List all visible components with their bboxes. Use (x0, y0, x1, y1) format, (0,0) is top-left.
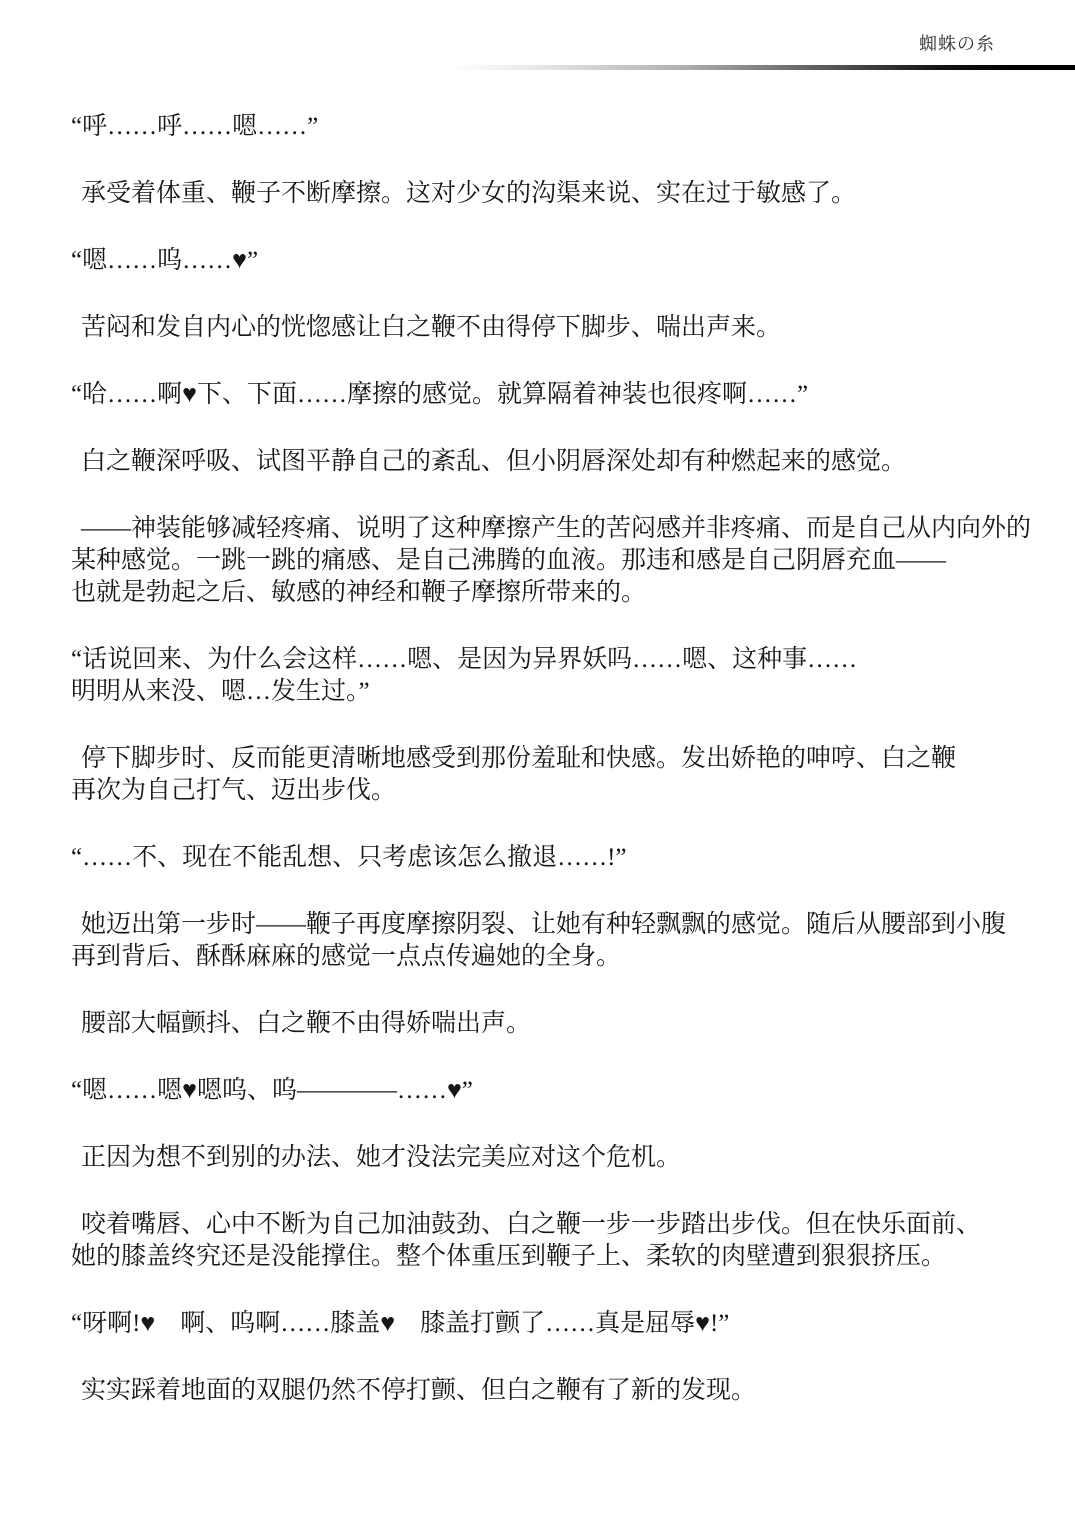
paragraph-narration: 正因为想不到别的办法、她才没法完美应对这个危机。 (71, 1142, 1071, 1174)
paragraph-dialogue: “哈……啊♥下、下面……摩擦的感觉。就算隔着神装也很疼啊……” (71, 379, 1071, 411)
novel-page: 蜘蛛の糸 “呼……呼……嗯……”承受着体重、鞭子不断摩擦。这对少女的沟渠来说、实… (0, 0, 1075, 1518)
paragraph-dialogue: “话说回来、为什么会这样……嗯、是因为异界妖吗……嗯、这种事…… 明明从来没、嗯… (71, 644, 1071, 708)
paragraph-narration: 腰部大幅颤抖、白之鞭不由得娇喘出声。 (71, 1008, 1071, 1040)
paragraph-narration: ——神装能够减轻疼痛、说明了这种摩擦产生的苦闷感并非疼痛、而是自己从内向外的 某… (71, 513, 1071, 609)
paragraph-narration: 咬着嘴唇、心中不断为自己加油鼓劲、白之鞭一步一步踏出步伐。但在快乐面前、 她的膝… (71, 1209, 1071, 1273)
text-content: “呼……呼……嗯……”承受着体重、鞭子不断摩擦。这对少女的沟渠来说、实在过于敏感… (71, 111, 1071, 1442)
paragraph-dialogue: “呼……呼……嗯……” (71, 111, 1071, 143)
header-divider-rule (450, 65, 1075, 70)
paragraph-narration: 承受着体重、鞭子不断摩擦。这对少女的沟渠来说、实在过于敏感了。 (71, 178, 1071, 210)
paragraph-dialogue: “嗯……呜……♥” (71, 245, 1071, 277)
paragraph-dialogue: “……不、现在不能乱想、只考虑该怎么撤退……!” (71, 842, 1071, 874)
paragraph-dialogue: “嗯……嗯♥嗯呜、呜————……♥” (71, 1075, 1071, 1107)
paragraph-narration: 白之鞭深呼吸、试图平静自己的紊乱、但小阴唇深处却有种燃起来的感觉。 (71, 446, 1071, 478)
paragraph-dialogue: “呀啊!♥ 啊、呜啊……膝盖♥ 膝盖打颤了……真是屈辱♥!” (71, 1308, 1071, 1340)
paragraph-narration: 她迈出第一步时——鞭子再度摩擦阴裂、让她有种轻飘飘的感觉。随后从腰部到小腹 再到… (71, 909, 1071, 973)
header-title: 蜘蛛の糸 (919, 30, 995, 56)
paragraph-narration: 实实踩着地面的双腿仍然不停打颤、但白之鞭有了新的发现。 (71, 1375, 1071, 1407)
paragraph-narration: 停下脚步时、反而能更清晰地感受到那份羞耻和快感。发出娇艳的呻哼、白之鞭 再次为自… (71, 743, 1071, 807)
paragraph-narration: 苦闷和发自内心的恍惚感让白之鞭不由得停下脚步、喘出声来。 (71, 312, 1071, 344)
